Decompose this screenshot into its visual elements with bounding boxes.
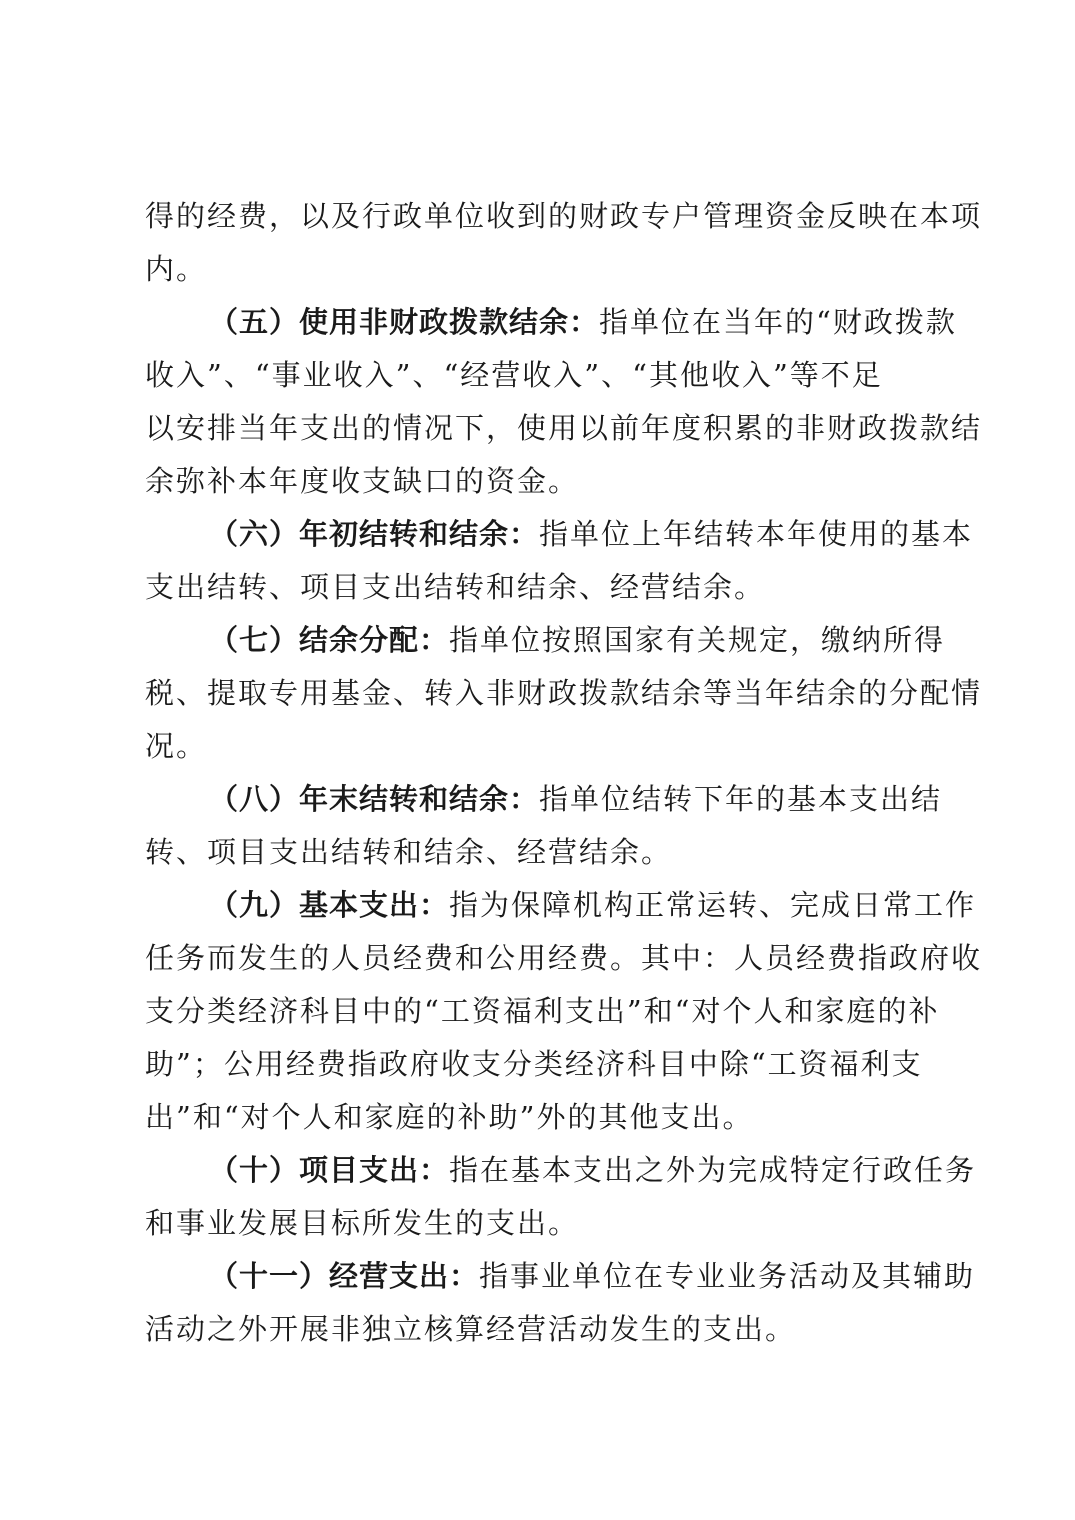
section-5-definition-start: 指单位在当年的“财政拨款 xyxy=(599,305,957,339)
section-7-heading: （七）结余分配： xyxy=(209,623,449,657)
section-5-line: 收入”、“事业收入”、“经营收入”、“其他收入”等不足 xyxy=(145,349,883,401)
section-9-line: 支分类经济科目中的“工资福利支出”和“对个人和家庭的补 xyxy=(145,985,939,1037)
section-6-line: 支出结转、项目支出结转和结余、经营结余。 xyxy=(145,561,765,613)
section-11-definition-start: 指事业单位在专业业务活动及其辅助 xyxy=(479,1259,975,1293)
section-8-line: 转、项目支出结转和结余、经营结余。 xyxy=(145,826,672,878)
section-9-first-line: （九）基本支出：指为保障机构正常运转、完成日常工作 xyxy=(209,879,976,931)
paragraph-continuation-line-1: 得的经费，以及行政单位收到的财政专户管理资金反映在本项 xyxy=(145,190,982,242)
paragraph-continuation-line-2: 内。 xyxy=(145,243,207,295)
section-6-definition-start: 指单位上年结转本年使用的基本 xyxy=(539,517,973,551)
section-5-line: 以安排当年支出的情况下，使用以前年度积累的非财政拨款结 xyxy=(145,402,982,454)
section-5-first-line: （五）使用非财政拨款结余：指单位在当年的“财政拨款 xyxy=(209,296,957,348)
section-5-heading: （五）使用非财政拨款结余： xyxy=(209,305,599,339)
section-6-first-line: （六）年初结转和结余：指单位上年结转本年使用的基本 xyxy=(209,508,973,560)
section-9-heading: （九）基本支出： xyxy=(209,888,449,922)
section-6-heading: （六）年初结转和结余： xyxy=(209,517,539,551)
section-7-first-line: （七）结余分配：指单位按照国家有关规定，缴纳所得 xyxy=(209,614,945,666)
section-9-line: 助”；公用经费指政府收支分类经济科目中除“工资福利支 xyxy=(145,1038,923,1090)
section-9-line: 出”和“对个人和家庭的补助”外的其他支出。 xyxy=(145,1091,753,1143)
section-8-definition-start: 指单位结转下年的基本支出结 xyxy=(539,782,942,816)
section-10-line: 和事业发展目标所发生的支出。 xyxy=(145,1197,579,1249)
section-10-first-line: （十）项目支出：指在基本支出之外为完成特定行政任务 xyxy=(209,1144,976,1196)
section-8-heading: （八）年末结转和结余： xyxy=(209,782,539,816)
section-9-definition-start: 指为保障机构正常运转、完成日常工作 xyxy=(449,888,976,922)
section-10-heading: （十）项目支出： xyxy=(209,1153,449,1187)
section-10-definition-start: 指在基本支出之外为完成特定行政任务 xyxy=(449,1153,976,1187)
section-7-definition-start: 指单位按照国家有关规定，缴纳所得 xyxy=(449,623,945,657)
section-11-heading: （十一）经营支出： xyxy=(209,1259,479,1293)
section-9-line: 任务而发生的人员经费和公用经费。其中：人员经费指政府收 xyxy=(145,932,982,984)
section-11-line: 活动之外开展非独立核算经营活动发生的支出。 xyxy=(145,1303,796,1355)
section-8-first-line: （八）年末结转和结余：指单位结转下年的基本支出结 xyxy=(209,773,942,825)
section-11-first-line: （十一）经营支出：指事业单位在专业业务活动及其辅助 xyxy=(209,1250,975,1302)
section-5-line: 余弥补本年度收支缺口的资金。 xyxy=(145,455,579,507)
section-7-line: 税、提取专用基金、转入非财政拨款结余等当年结余的分配情 xyxy=(145,667,982,719)
section-7-line: 况。 xyxy=(145,720,207,772)
